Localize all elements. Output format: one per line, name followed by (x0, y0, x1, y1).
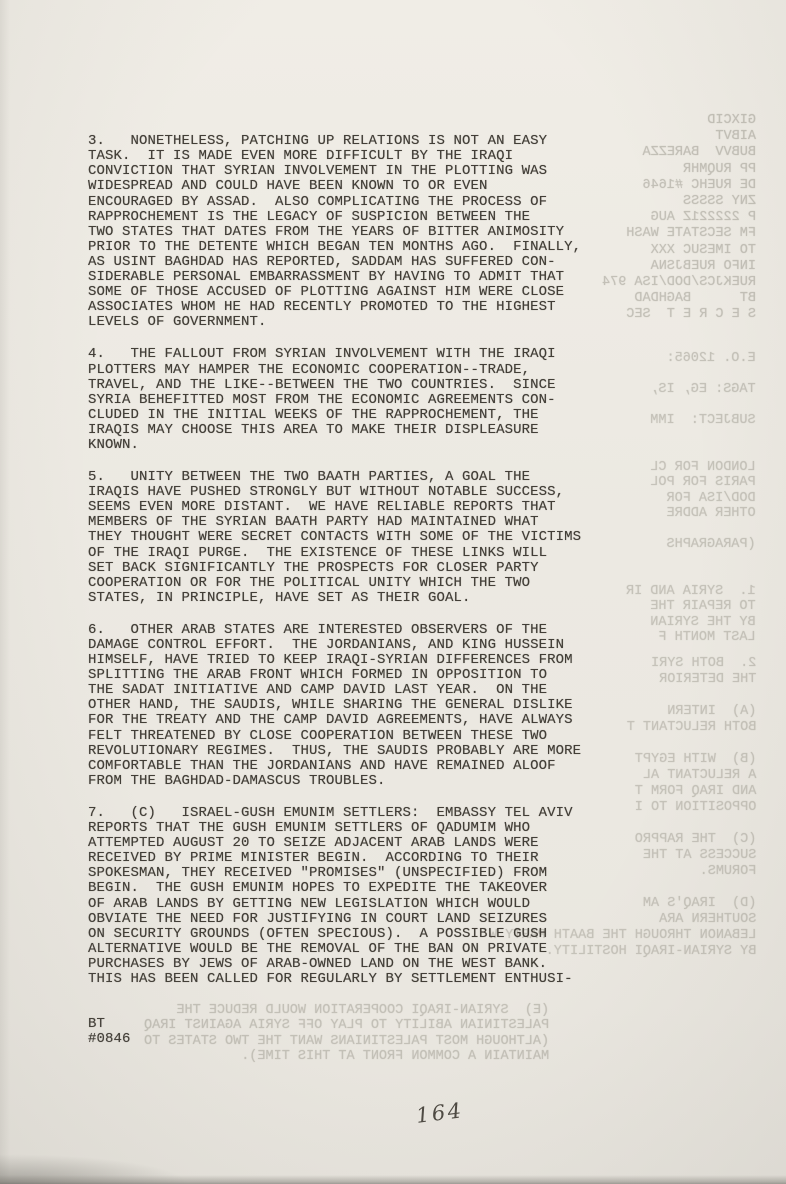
scanned-cable-page: { "page": { "paper_color": "#ece9e2", "i… (0, 0, 786, 1184)
paragraph: 6. OTHER ARAB STATES ARE INTERESTED OBSE… (88, 623, 581, 789)
cable-signoff: BT #0846 (88, 1017, 581, 1047)
scan-edge-shadow-bottom (0, 1175, 786, 1184)
document-paragraphs: 3. NONETHELESS, PATCHING UP RELATIONS IS… (88, 134, 581, 987)
bleedthrough-cable-subject-block: E.O. 12065: TAGS: EG, IS, SUBJECT: IMM L… (626, 351, 756, 646)
scan-edge-shadow-left (0, 0, 10, 1184)
paragraph: 3. NONETHELESS, PATCHING UP RELATIONS IS… (88, 134, 581, 330)
bleedthrough-cable-header: GIXCID AIBVT BUBVV BAREZZA PP RUQMHR DE … (602, 113, 756, 324)
paragraph: 5. UNITY BETWEEN THE TWO BAATH PARTIES, … (88, 470, 581, 606)
document-body: 3. NONETHELESS, PATCHING UP RELATIONS IS… (88, 104, 581, 1063)
paragraph: 4. THE FALLOUT FROM SYRIAN INVOLVEMENT W… (88, 347, 581, 453)
handwritten-page-number: 164 (415, 1098, 465, 1128)
paragraph: 7. (C) ISRAEL-GUSH EMUNIM SETTLERS: EMBA… (88, 806, 581, 987)
